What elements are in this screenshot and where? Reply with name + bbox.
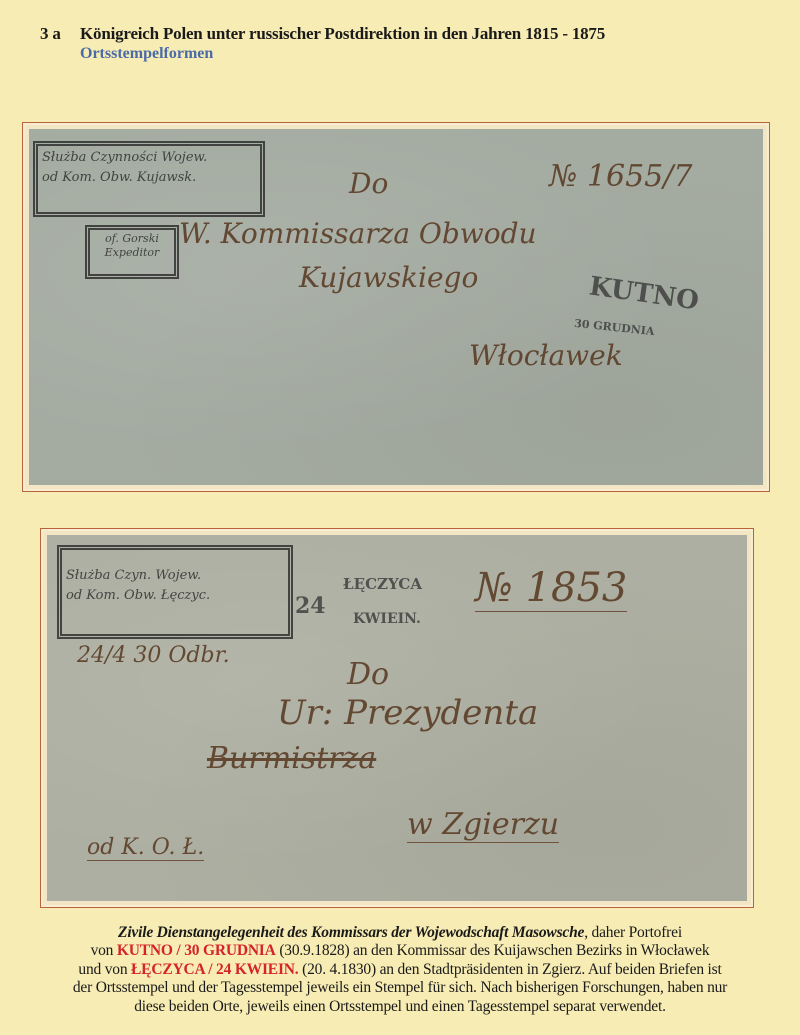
registry-number: № 1655/7 — [549, 159, 692, 194]
section-title: 3 aKönigreich Polen unter russischer Pos… — [40, 24, 605, 44]
cover-leczyca-frame: Służba Czyn. Wojew. od Kom. Obw. Łęczyc.… — [40, 528, 754, 908]
caption-line-3: und von ŁĘCZYCA / 24 KWIEIN. (20. 4.1830… — [0, 961, 800, 979]
cover-leczyca: Służba Czyn. Wojew. od Kom. Obw. Łęczyc.… — [47, 535, 747, 901]
caption-line-2: von KUTNO / 30 GRUDNIA (30.9.1828) an de… — [0, 942, 800, 960]
description-caption: Zivile Dienstangelegenheit des Kommissar… — [0, 924, 800, 1016]
cover-kutno: Służba Czynności Wojew. od Kom. Obw. Kuj… — [29, 129, 763, 485]
registry-number: № 1853 — [475, 565, 627, 612]
caption-line-1: Zivile Dienstangelegenheit des Kommissar… — [0, 924, 800, 942]
address-line-1: W. Kommissarza Obwodu — [179, 217, 537, 250]
day-postmark: 24 — [295, 593, 326, 619]
sender-note: od K. O. Ł. — [87, 835, 204, 861]
address-line-struck: Burmistrza — [207, 741, 376, 776]
greeting: Do — [347, 657, 389, 692]
greeting: Do — [349, 167, 388, 200]
caption-text: (30.9.1828) an den Kommissar des Kuijaws… — [276, 942, 710, 959]
caption-line-4: der Ortsstempel und der Tagesstempel jew… — [0, 979, 800, 997]
caption-text: (20. 4.1830) an den Stadtpräsidenten in … — [298, 961, 721, 978]
stamp-line: Służba Czyn. Wojew. — [66, 566, 284, 586]
caption-text: und von — [78, 961, 131, 978]
address-line-1: Ur: Prezydenta — [277, 693, 538, 733]
town-postmark: KUTNO — [587, 271, 700, 316]
title-text: Königreich Polen unter russischer Postdi… — [80, 24, 605, 43]
caption-stamp-leczyca: ŁĘCZYCA / 24 KWIEIN. — [131, 961, 298, 978]
stamp-line: od Kom. Obw. Kujawsk. — [42, 168, 256, 188]
date-postmark: 30 GRUDNIA — [574, 317, 655, 338]
docket-note: 24/4 30 Odbr. — [77, 643, 230, 668]
official-service-stamp: Służba Czynności Wojew. od Kom. Obw. Kuj… — [33, 141, 265, 217]
caption-italic: Zivile Dienstangelegenheit des Kommissar… — [118, 924, 584, 941]
caption-line-5: diese beiden Orte, jeweils einen Ortsste… — [0, 998, 800, 1016]
section-number: 3 a — [40, 24, 80, 44]
stamp-line: Expeditor — [94, 246, 170, 260]
stamp-line: od Kom. Obw. Łęczyc. — [66, 586, 284, 606]
official-service-stamp: Służba Czyn. Wojew. od Kom. Obw. Łęczyc. — [57, 545, 293, 639]
destination: w Zgierzu — [407, 807, 559, 843]
caption-text: von — [91, 942, 117, 959]
stamp-line: Służba Czynności Wojew. — [42, 148, 256, 168]
address-line-2: Kujawskiego — [299, 261, 478, 294]
section-subtitle: Ortsstempelformen — [80, 45, 605, 63]
page-header: 3 aKönigreich Polen unter russischer Pos… — [40, 24, 605, 63]
destination: Włocławek — [469, 339, 623, 372]
town-postmark: ŁĘCZYCA — [343, 575, 422, 593]
expeditor-stamp: of. Gorski Expeditor — [85, 225, 179, 279]
caption-text: , daher Portofrei — [584, 924, 682, 941]
caption-stamp-kutno: KUTNO / 30 GRUDNIA — [117, 942, 276, 959]
month-postmark: KWIEIN. — [353, 611, 421, 627]
cover-kutno-frame: Służba Czynności Wojew. od Kom. Obw. Kuj… — [22, 122, 770, 492]
stamp-line: of. Gorski — [94, 232, 170, 246]
